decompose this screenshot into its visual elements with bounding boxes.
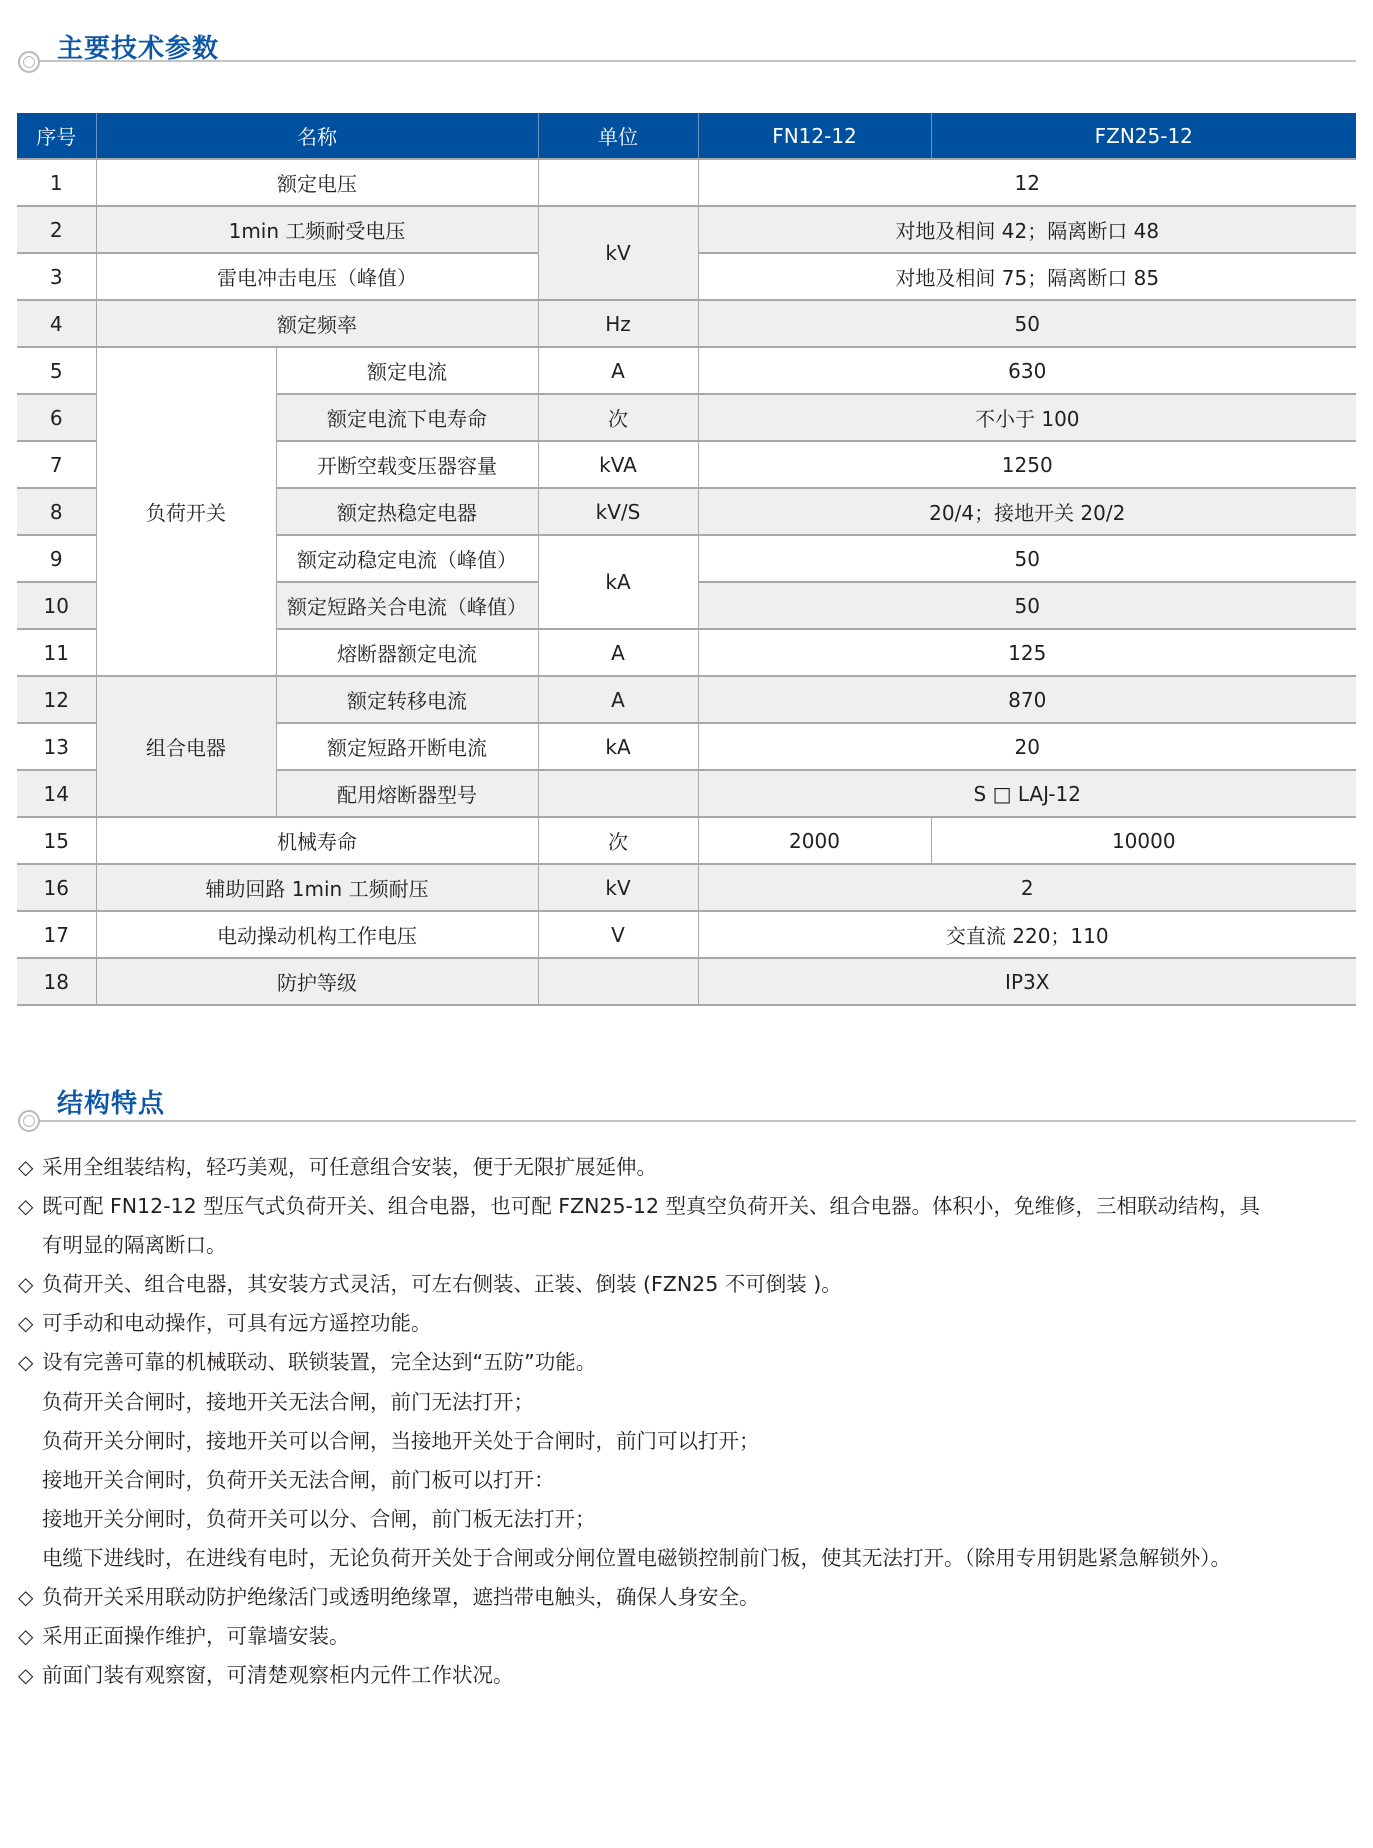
col-header-name: 名称	[96, 113, 538, 159]
row-name: 熔断器额定电流	[276, 629, 538, 676]
row-value: 对地及相间 75；隔离断口 85	[698, 253, 1356, 300]
table-row: 2 1min 工频耐受电压 kV 对地及相间 42；隔离断口 48	[17, 206, 1356, 253]
feature-subitem: 接地开关分闸时，负荷开关可以分、合闸，前门板无法打开；	[18, 1500, 1358, 1539]
row-unit: A	[538, 676, 698, 723]
features-list: ◇采用全组装结构，轻巧美观，可任意组合安装，便于无限扩展延伸。 ◇既可配 FN1…	[18, 1148, 1358, 1695]
row-unit: V	[538, 911, 698, 958]
feature-text: 负荷开关采用联动防护绝缘活门或透明绝缘罩，遮挡带电触头，确保人身安全。	[42, 1578, 760, 1617]
feature-subitem: 负荷开关合闸时，接地开关无法合闸，前门无法打开；	[18, 1383, 1358, 1422]
row-value: 630	[698, 347, 1356, 394]
row-value: 50	[698, 300, 1356, 347]
row-name: 额定动稳定电流（峰值）	[276, 535, 538, 582]
row-name: 额定转移电流	[276, 676, 538, 723]
row-value: 125	[698, 629, 1356, 676]
row-name: 电动操动机构工作电压	[96, 911, 538, 958]
feature-text: 采用全组装结构，轻巧美观，可任意组合安装，便于无限扩展延伸。	[42, 1148, 657, 1187]
features-section-header: 结构特点	[0, 1083, 1373, 1143]
row-index: 8	[17, 488, 96, 535]
feature-subitem: 负荷开关分闸时，接地开关可以合闸，当接地开关处于合闸时，前门可以打开；	[18, 1422, 1358, 1461]
row-name: 额定频率	[96, 300, 538, 347]
specs-section-header: 主要技术参数	[0, 28, 1373, 88]
row-unit	[538, 958, 698, 1005]
row-index: 11	[17, 629, 96, 676]
diamond-bullet-icon: ◇	[18, 1578, 42, 1617]
row-value: S □ LAJ-12	[698, 770, 1356, 817]
row-index: 9	[17, 535, 96, 582]
row-name: 配用熔断器型号	[276, 770, 538, 817]
row-unit: 次	[538, 394, 698, 441]
row-index: 4	[17, 300, 96, 347]
col-header-model-fzn25: FZN25-12	[931, 113, 1356, 159]
row-index: 18	[17, 958, 96, 1005]
row-value: 1250	[698, 441, 1356, 488]
row-unit: 次	[538, 817, 698, 864]
feature-text: 有明显的隔离断口。	[42, 1226, 227, 1265]
section-divider	[40, 60, 1356, 62]
diamond-bullet-icon: ◇	[18, 1343, 42, 1382]
row-unit: kA	[538, 535, 698, 629]
row-unit: kV/S	[538, 488, 698, 535]
row-unit	[538, 159, 698, 206]
row-index: 15	[17, 817, 96, 864]
row-unit	[538, 770, 698, 817]
row-index: 12	[17, 676, 96, 723]
table-row: 12 组合电器 额定转移电流 A 870	[17, 676, 1356, 723]
feature-subitem: 接地开关合闸时，负荷开关无法合闸，前门板可以打开：	[18, 1461, 1358, 1500]
row-unit: A	[538, 629, 698, 676]
row-value: 2	[698, 864, 1356, 911]
row-name: 额定电压	[96, 159, 538, 206]
diamond-bullet-icon: ◇	[18, 1304, 42, 1343]
row-index: 10	[17, 582, 96, 629]
row-index: 5	[17, 347, 96, 394]
feature-text: 既可配 FN12-12 型压气式负荷开关、组合电器，也可配 FZN25-12 型…	[42, 1187, 1260, 1226]
feature-item: ◇前面门装有观察窗，可清楚观察柜内元件工作状况。	[18, 1656, 1358, 1695]
row-name: 额定短路开断电流	[276, 723, 538, 770]
feature-text: 接地开关合闸时，负荷开关无法合闸，前门板可以打开：	[42, 1461, 555, 1500]
row-unit: kV	[538, 864, 698, 911]
row-name: 雷电冲击电压（峰值）	[96, 253, 538, 300]
feature-text: 接地开关分闸时，负荷开关可以分、合闸，前门板无法打开；	[42, 1500, 596, 1539]
row-value: 不小于 100	[698, 394, 1356, 441]
feature-text: 负荷开关、组合电器，其安装方式灵活，可左右侧装、正装、倒装 (FZN25 不可倒…	[42, 1265, 842, 1304]
row-name: 机械寿命	[96, 817, 538, 864]
feature-item: ◇负荷开关、组合电器，其安装方式灵活，可左右侧装、正装、倒装 (FZN25 不可…	[18, 1265, 1358, 1304]
feature-item: ◇设有完善可靠的机械联动、联锁装置，完全达到“五防”功能。	[18, 1343, 1358, 1382]
diamond-bullet-icon: ◇	[18, 1617, 42, 1656]
feature-subitem: 电缆下进线时，在进线有电时，无论负荷开关处于合闸或分闸位置电磁锁控制前门板，使其…	[18, 1539, 1358, 1578]
feature-text: 可手动和电动操作，可具有远方遥控功能。	[42, 1304, 432, 1343]
feature-continuation: 有明显的隔离断口。	[18, 1226, 1358, 1265]
row-name: 额定电流	[276, 347, 538, 394]
row-value: 对地及相间 42；隔离断口 48	[698, 206, 1356, 253]
diamond-bullet-icon: ◇	[18, 1187, 42, 1226]
row-unit: Hz	[538, 300, 698, 347]
row-value: 50	[698, 582, 1356, 629]
specs-table: 序号 名称 单位 FN12-12 FZN25-12 1 额定电压 12 2 1m…	[17, 113, 1356, 1006]
feature-item: ◇既可配 FN12-12 型压气式负荷开关、组合电器，也可配 FZN25-12 …	[18, 1187, 1358, 1226]
row-index: 16	[17, 864, 96, 911]
diamond-bullet-icon: ◇	[18, 1148, 42, 1187]
feature-text: 负荷开关合闸时，接地开关无法合闸，前门无法打开；	[42, 1383, 534, 1422]
row-unit: kA	[538, 723, 698, 770]
row-name: 辅助回路 1min 工频耐压	[96, 864, 538, 911]
feature-text: 设有完善可靠的机械联动、联锁装置，完全达到“五防”功能。	[42, 1343, 596, 1382]
row-index: 3	[17, 253, 96, 300]
feature-text: 负荷开关分闸时，接地开关可以合闸，当接地开关处于合闸时，前门可以打开；	[42, 1422, 760, 1461]
row-index: 1	[17, 159, 96, 206]
table-header-row: 序号 名称 单位 FN12-12 FZN25-12	[17, 113, 1356, 159]
feature-item: ◇采用正面操作维护，可靠墙安装。	[18, 1617, 1358, 1656]
table-row: 17 电动操动机构工作电压 V 交直流 220；110	[17, 911, 1356, 958]
row-index: 17	[17, 911, 96, 958]
row-value: 20/4；接地开关 20/2	[698, 488, 1356, 535]
row-value-fn12: 2000	[698, 817, 931, 864]
row-unit: kVA	[538, 441, 698, 488]
group-label-combo-apparatus: 组合电器	[96, 676, 276, 817]
diamond-bullet-icon: ◇	[18, 1265, 42, 1304]
feature-item: ◇可手动和电动操作，可具有远方遥控功能。	[18, 1304, 1358, 1343]
row-index: 7	[17, 441, 96, 488]
feature-text: 采用正面操作维护，可靠墙安装。	[42, 1617, 350, 1656]
row-value: 20	[698, 723, 1356, 770]
row-name: 防护等级	[96, 958, 538, 1005]
diamond-bullet-icon: ◇	[18, 1656, 42, 1695]
circle-bullet-icon	[18, 1110, 40, 1132]
row-index: 6	[17, 394, 96, 441]
row-unit: A	[538, 347, 698, 394]
row-value: 50	[698, 535, 1356, 582]
table-row: 5 负荷开关 额定电流 A 630	[17, 347, 1356, 394]
row-value: 870	[698, 676, 1356, 723]
section-divider	[40, 1120, 1356, 1122]
row-index: 13	[17, 723, 96, 770]
table-row: 4 额定频率 Hz 50	[17, 300, 1356, 347]
col-header-unit: 单位	[538, 113, 698, 159]
feature-text: 前面门装有观察窗，可清楚观察柜内元件工作状况。	[42, 1656, 514, 1695]
features-section-title: 结构特点	[57, 1083, 165, 1120]
row-name: 额定电流下电寿命	[276, 394, 538, 441]
row-value: 交直流 220；110	[698, 911, 1356, 958]
table-row: 15 机械寿命 次 2000 10000	[17, 817, 1356, 864]
row-value-fzn25: 10000	[931, 817, 1356, 864]
row-name: 额定热稳定电器	[276, 488, 538, 535]
group-label-load-switch: 负荷开关	[96, 347, 276, 676]
row-index: 14	[17, 770, 96, 817]
row-name: 额定短路关合电流（峰值）	[276, 582, 538, 629]
row-index: 2	[17, 206, 96, 253]
row-unit: kV	[538, 206, 698, 300]
table-row: 1 额定电压 12	[17, 159, 1356, 206]
row-name: 1min 工频耐受电压	[96, 206, 538, 253]
circle-bullet-icon	[18, 51, 40, 73]
row-value: IP3X	[698, 958, 1356, 1005]
row-name: 开断空载变压器容量	[276, 441, 538, 488]
feature-item: ◇负荷开关采用联动防护绝缘活门或透明绝缘罩，遮挡带电触头，确保人身安全。	[18, 1578, 1358, 1617]
col-header-model-fn12: FN12-12	[698, 113, 931, 159]
table-row: 18 防护等级 IP3X	[17, 958, 1356, 1005]
table-row: 16 辅助回路 1min 工频耐压 kV 2	[17, 864, 1356, 911]
feature-item: ◇采用全组装结构，轻巧美观，可任意组合安装，便于无限扩展延伸。	[18, 1148, 1358, 1187]
row-value: 12	[698, 159, 1356, 206]
col-header-index: 序号	[17, 113, 96, 159]
feature-text: 电缆下进线时，在进线有电时，无论负荷开关处于合闸或分闸位置电磁锁控制前门板，使其…	[42, 1539, 1231, 1578]
